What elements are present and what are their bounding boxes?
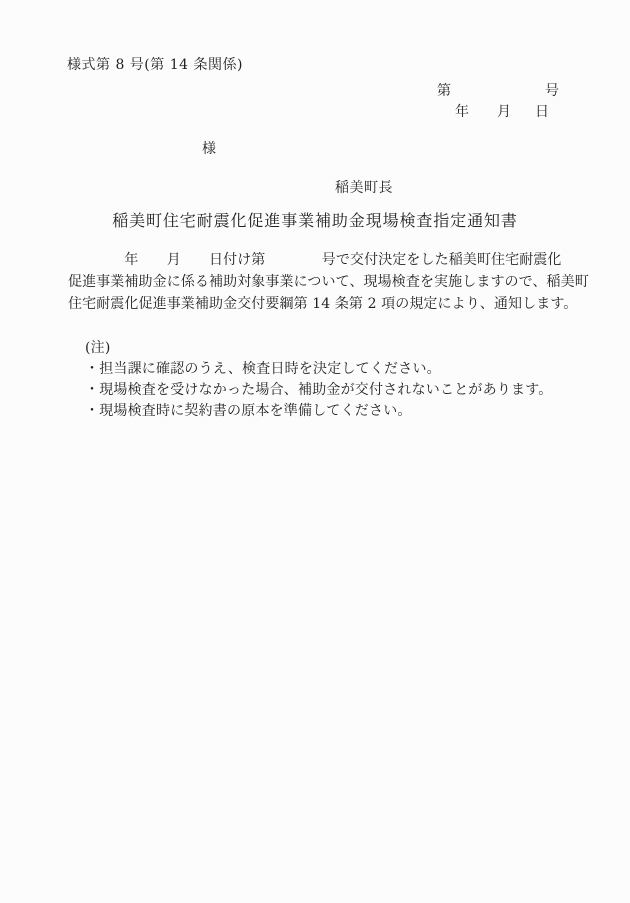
note-item-3: ・現場検査時に契約書の原本を準備してください。 [85,401,552,422]
body-line-2: 促進事業補助金に係る補助対象事業について、現場検査を実施しますので、稲美町 [68,271,573,293]
body-paragraph: 年 月 日付け第 号で交付決定をした稲美町住宅耐震化 促進事業補助金に係る補助対… [68,249,573,315]
notes-label: (注) [85,338,552,359]
note-item-1: ・担当課に確認のうえ、検査日時を決定してください。 [85,359,552,380]
date-month-label: 月 [497,104,511,120]
date-day-label: 日 [535,104,549,120]
doc-number-suffix: 号 [545,83,559,99]
date-year-label: 年 [455,104,469,120]
body-line-3: 住宅耐震化促進事業補助金交付要綱第 14 条第 2 項の規定により、通知します。 [68,293,573,315]
addressee-honorific: 様 [202,141,216,157]
doc-number-blank-field [451,94,545,95]
addressee-line: 様 [202,138,216,158]
notes-section: (注) ・担当課に確認のうえ、検査日時を決定してください。 ・現場検査を受けなか… [85,338,552,422]
document-page: 様式第 8 号(第 14 条関係) 第号 年月日 様 稲美町長 稲美町住宅耐震化… [0,0,630,903]
date-month-blank-field [469,115,497,116]
sender-title: 稲美町長 [335,177,393,197]
doc-number-prefix: 第 [437,83,451,99]
doc-number-line: 第号 [437,80,559,100]
document-title: 稲美町住宅耐震化促進事業補助金現場検査指定通知書 [0,208,630,231]
form-number: 様式第 8 号(第 14 条関係) [67,54,243,74]
body-line-1: 年 月 日付け第 号で交付決定をした稲美町住宅耐震化 [68,249,573,271]
date-day-blank-field [511,115,535,116]
date-line: 年月日 [455,101,549,121]
note-item-2: ・現場検査を受けなかった場合、補助金が交付されないことがあります。 [85,380,552,401]
